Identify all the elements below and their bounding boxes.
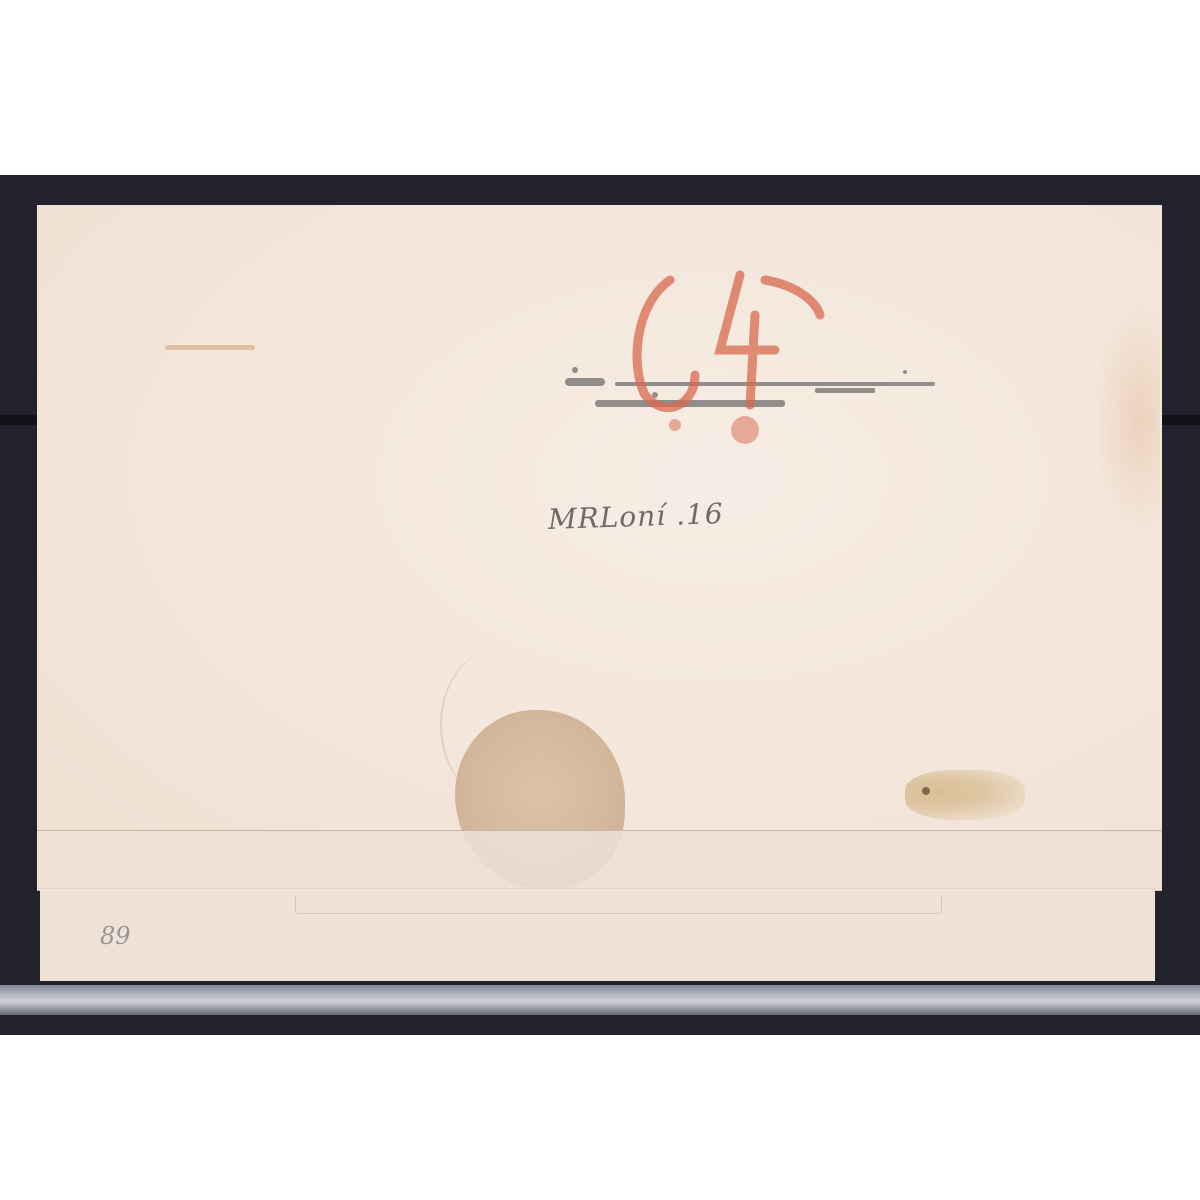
clear-sleeve-edge [0, 985, 1200, 1015]
toning-stain [1090, 300, 1160, 540]
stain-spot [905, 770, 1025, 820]
ink-streak [165, 345, 255, 350]
pencil-number: 89 [100, 922, 131, 950]
red-postmark [615, 255, 835, 445]
inner-fold-edge [295, 895, 942, 914]
stain-dot [922, 787, 930, 795]
fold-flap [37, 830, 1162, 891]
pencil-annotation: MRLoní .16 [547, 497, 724, 536]
